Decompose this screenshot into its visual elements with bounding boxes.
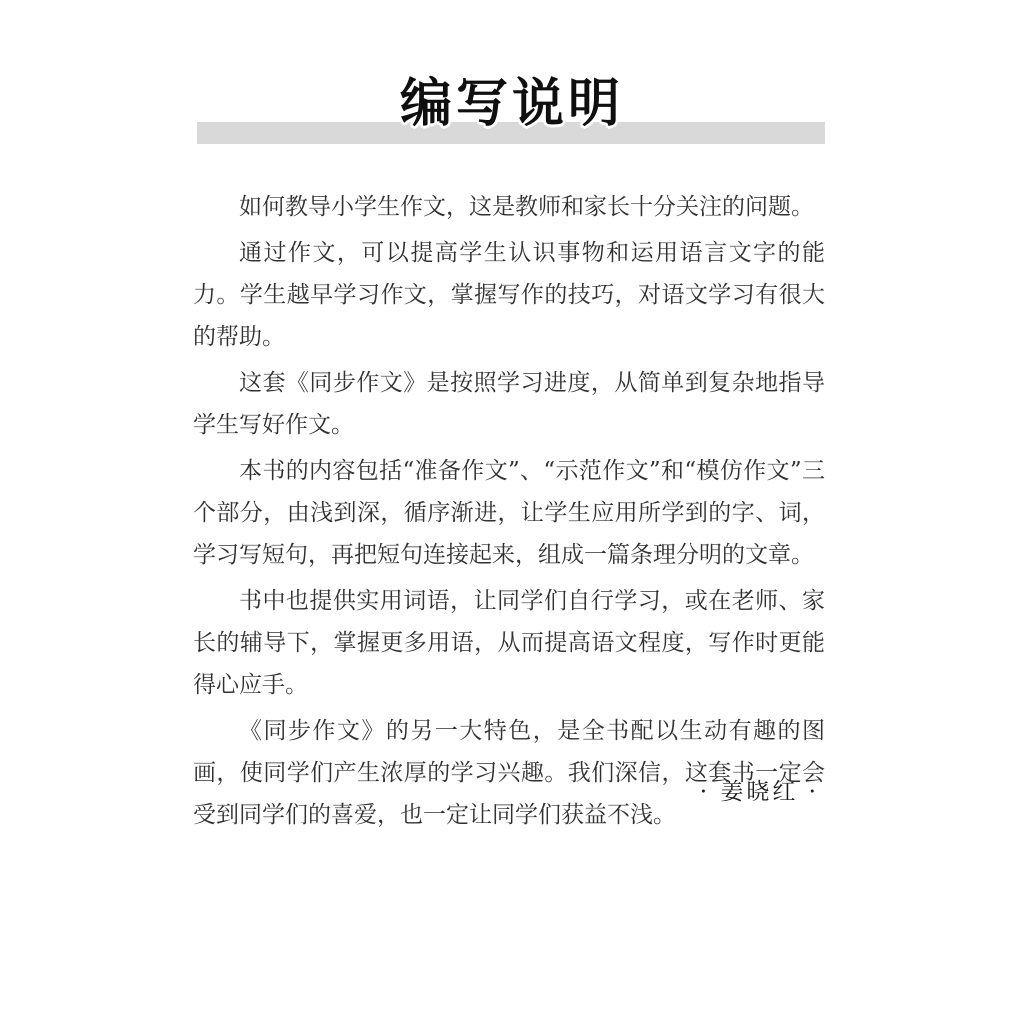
paragraph-5: 书中也提供实用词语，让同学们自行学习，或在老师、家长的辅导下，掌握更多用语，从而… <box>193 580 825 706</box>
document-page: 编写说明 如何教导小学生作文，这是教师和家长十分关注的问题。 通过作文，可以提高… <box>0 0 1024 1024</box>
paragraph-4: 本书的内容包括“准备作文”、“示范作文”和“模仿作文”三个部分，由浅到深，循序渐… <box>193 450 825 576</box>
page-title: 编写说明 <box>0 72 1024 136</box>
paragraph-2: 通过作文，可以提高学生认识事物和运用语言文字的能力。学生越早学习作文，掌握写作的… <box>193 232 825 358</box>
paragraph-1: 如何教导小学生作文，这是教师和家长十分关注的问题。 <box>193 186 825 228</box>
paragraph-3: 这套《同步作文》是按照学习进度，从简单到复杂地指导学生写好作文。 <box>193 362 825 446</box>
author-signature: · 姜晓红 · <box>193 778 819 806</box>
document-body: 如何教导小学生作文，这是教师和家长十分关注的问题。 通过作文，可以提高学生认识事… <box>193 186 825 840</box>
paragraph-6: 《同步作文》的另一大特色，是全书配以生动有趣的图画，使同学们产生浓厚的学习兴趣。… <box>193 710 825 836</box>
